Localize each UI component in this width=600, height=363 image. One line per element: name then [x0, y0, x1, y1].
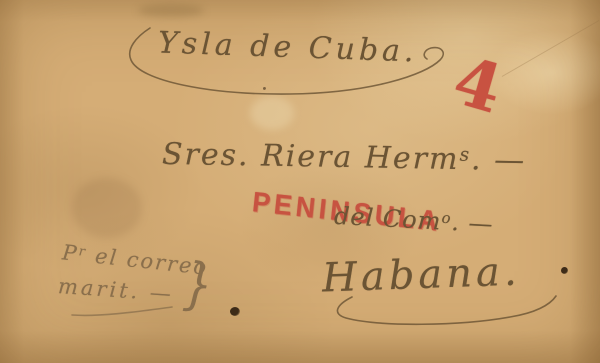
routing-line1-main: P	[61, 240, 80, 266]
routing-underline	[60, 300, 180, 320]
postal-cover: Ysla de Cuba. 4 Sres. Riera Herms. — PEN…	[0, 0, 600, 363]
merchant-tail: . —	[451, 208, 495, 238]
addressee-tail: . —	[471, 142, 527, 178]
city-flourish	[318, 288, 568, 333]
paper-crease	[502, 20, 599, 77]
top-flourish	[118, 22, 463, 114]
ink-speck	[561, 267, 568, 274]
merchant-line: del Como. —	[333, 202, 494, 238]
routing-brace: }	[181, 251, 215, 318]
addressee-superscript: s	[459, 145, 471, 166]
addressee-main: Sres. Riera Herm	[162, 137, 460, 177]
pencil-smudge	[138, 4, 204, 17]
merchant-main: del Com	[333, 202, 442, 236]
small-speck	[263, 87, 266, 90]
addressee-line: Sres. Riera Herms. —	[162, 137, 527, 178]
ink-blot	[230, 307, 240, 316]
stain-left	[72, 178, 142, 238]
